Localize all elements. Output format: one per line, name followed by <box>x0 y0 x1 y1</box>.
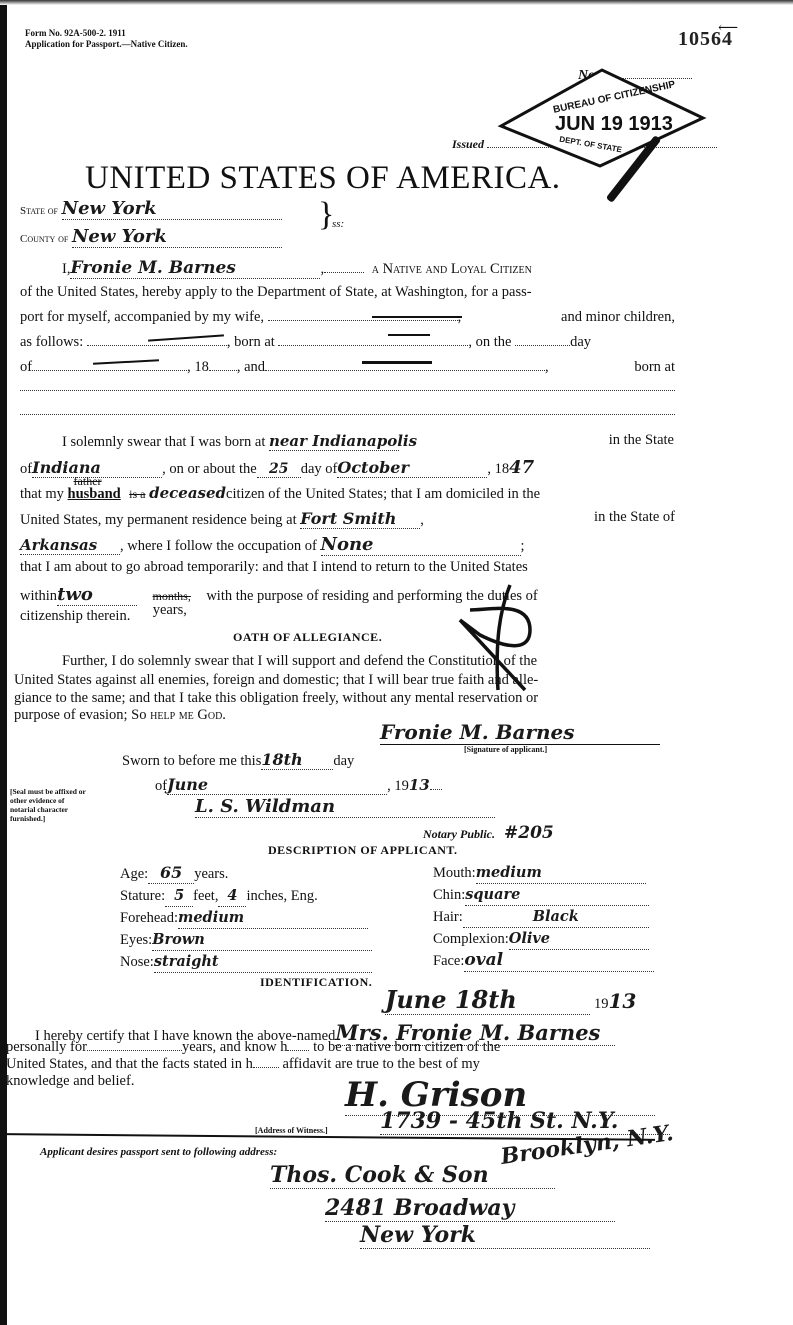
face-value: oval <box>464 950 654 972</box>
applicant-name: Fronie M. Barnes <box>70 258 320 279</box>
identification-heading: IDENTIFICATION. <box>260 975 372 990</box>
line3-text: port for myself, accompanied by my wife, <box>20 309 264 325</box>
signature-label: [Signature of applicant.] <box>464 745 547 754</box>
allegiance-line4: purpose of evasion; So help me God. <box>14 707 226 724</box>
hair-row: Hair:Black <box>433 906 654 928</box>
residence-state-value: Arkansas <box>20 536 120 555</box>
state-of-value: New York <box>62 198 282 220</box>
eyes-label: Eyes: <box>120 932 152 948</box>
notary-signature: L. S. Wildman <box>195 796 495 818</box>
witness-address-label: [Address of Witness.] <box>255 1126 328 1135</box>
mouth-row: Mouth:medium <box>433 862 654 884</box>
county-of-label: County of <box>20 233 68 245</box>
birth-line2: ofIndiana, on or about the25day ofOctobe… <box>20 457 675 478</box>
state-of-field: State of New York <box>20 198 282 220</box>
blank-line-1 <box>20 378 675 391</box>
application-line2: of the United States, hereby apply to th… <box>20 284 532 301</box>
of-label: of <box>20 359 32 375</box>
year-prefix: 18 <box>495 461 510 477</box>
county-of-field: County of New York <box>20 226 282 248</box>
birth-line7: withintwo months, years, with the purpos… <box>20 584 675 606</box>
applicant-signature: Fronie M. Barnes <box>380 720 660 745</box>
identification-date-value: June 18th <box>385 985 590 1015</box>
occupation-value: None <box>321 534 521 556</box>
birth-month-value: October <box>337 458 487 478</box>
age-value: 65 <box>148 862 194 884</box>
scan-top-edge <box>0 0 793 5</box>
stamp-date: JUN 19 1913 <box>555 113 673 136</box>
application-line4: as follows: , born at , on the day <box>20 334 675 351</box>
state-of-label: State of <box>20 205 58 217</box>
birth-line3: that my father husband is a deceasedciti… <box>20 484 675 503</box>
within-text: within <box>20 588 57 604</box>
chin-value: square <box>465 884 649 906</box>
application-line3: port for myself, accompanied by my wife,… <box>20 309 675 326</box>
seal-note: [Seal must be affixed or other evidence … <box>10 787 90 823</box>
nose-row: Nose:straight <box>120 951 372 973</box>
birth-year-value: 47 <box>509 457 534 478</box>
eyes-value: Brown <box>152 929 372 951</box>
birthplace-value: near Indianapolis <box>269 432 399 451</box>
identification-line2: personally foryears, and know h to be a … <box>6 1039 500 1056</box>
feet-label: feet, <box>193 888 218 904</box>
complexion-row: Complexion:Olive <box>433 928 654 950</box>
stature-label: Stature: <box>120 888 165 904</box>
wife-field <box>268 320 458 321</box>
months-struck: months, <box>153 589 191 603</box>
years-known-field <box>87 1050 182 1051</box>
forehead-row: Forehead:medium <box>120 907 372 929</box>
nose-label: Nose: <box>120 954 154 970</box>
residence-value: Fort Smith <box>300 509 420 529</box>
notary-number: #205 <box>504 823 554 843</box>
is-a-struck: is a <box>129 487 145 501</box>
native-born-text: to be a native born citizen of the <box>313 1039 500 1055</box>
citizenship-text: citizenship therein. <box>20 608 130 625</box>
day-of-text: day of <box>301 461 338 477</box>
face-label: Face: <box>433 953 464 969</box>
blank <box>324 272 364 273</box>
mouth-label: Mouth: <box>433 865 476 881</box>
hair-value: Black <box>463 906 649 928</box>
occupation-text: where I follow the occupation of <box>127 538 317 554</box>
arrow-mark-icon: ⟵ <box>718 20 738 37</box>
day-label: day <box>333 753 354 769</box>
age-suffix: years. <box>194 866 228 882</box>
inches-label: inches, Eng. <box>246 888 317 904</box>
form-number-text: Form No. 92A-500-2. 1911 <box>25 28 188 39</box>
applicant-line: I,Fronie M. Barnes, a Native and Loyal C… <box>62 258 532 279</box>
complexion-value: Olive <box>509 928 649 950</box>
birth-line4: United States, my permanent residence be… <box>20 509 675 529</box>
abroad-text: that I am about to go abroad temporarily… <box>20 559 528 576</box>
unit-field: months, years, <box>141 588 203 605</box>
description-right-column: Mouth:medium Chin:square Hair:Black Comp… <box>433 862 654 972</box>
born-at-label: born at <box>234 334 275 350</box>
child-day-field <box>515 345 570 346</box>
identification-date: June 18th 1913 <box>385 985 636 1015</box>
year-prefix: 19 <box>594 996 609 1012</box>
complexion-label: Complexion: <box>433 931 509 947</box>
chin-row: Chin:square <box>433 884 654 906</box>
description-heading: DESCRIPTION OF APPLICANT. <box>268 843 458 858</box>
age-label: Age: <box>120 866 148 882</box>
know-text: years, and know h <box>182 1039 288 1055</box>
stature-feet-value: 5 <box>165 885 193 907</box>
page-title: UNITED STATES OF AMERICA. <box>85 160 561 197</box>
born-at-label-2: born at <box>634 359 675 376</box>
age-row: Age:65years. <box>120 862 372 885</box>
as-follows-label: as follows: <box>20 334 83 350</box>
mailing-address-label: Applicant desires passport sent to follo… <box>40 1146 277 1158</box>
birth-day-value: 25 <box>257 461 301 478</box>
description-left-column: Age:65years. Stature:5feet,4inches, Eng.… <box>120 862 372 973</box>
year-prefix: 19 <box>394 778 409 794</box>
mouth-value: medium <box>476 862 646 884</box>
identification-year-value: 13 <box>609 989 637 1013</box>
deceased-inserted: deceased <box>149 484 226 502</box>
identification-line3: United States, and that the facts stated… <box>6 1056 480 1073</box>
of-label: of <box>20 461 32 477</box>
allegiance-line3: giance to the same; and that I take this… <box>14 690 538 707</box>
of-label: of <box>155 778 167 794</box>
so-text: purpose of evasion; So <box>14 707 147 723</box>
stature-inches-value: 4 <box>218 885 246 907</box>
forehead-label: Forehead: <box>120 910 178 926</box>
notary-public-line: Notary Public. #205 <box>423 823 554 843</box>
notary-public-label: Notary Public. <box>423 827 495 841</box>
eyes-row: Eyes:Brown <box>120 929 372 951</box>
face-row: Face:oval <box>433 950 654 972</box>
child-birthplace-field <box>278 345 468 346</box>
hair-label: Hair: <box>433 909 463 925</box>
allegiance-line2: United States against all enemies, forei… <box>14 672 538 689</box>
mailing-address-line3: New York <box>360 1222 650 1249</box>
sworn-month-value: June <box>167 775 387 795</box>
bureau-stamp: BUREAU OF CITIZENSHIP JUN 19 1913 DEPT. … <box>497 66 707 170</box>
line3-end: and minor children, <box>561 309 675 326</box>
day-label: day <box>570 334 591 350</box>
identification-line4: knowledge and belief. <box>6 1073 134 1090</box>
strike-mark <box>388 334 430 336</box>
birth-line5: Arkansas, where I follow the occupation … <box>20 534 675 556</box>
strike-mark <box>362 361 432 364</box>
and-label: and <box>244 359 265 375</box>
form-number: Form No. 92A-500-2. 1911 Application for… <box>25 28 188 50</box>
chin-label: Chin: <box>433 887 465 903</box>
sworn-text: Sworn to before me this <box>122 753 261 769</box>
birth-line1: I solemnly swear that I was born at near… <box>62 432 674 451</box>
child-name-field <box>87 345 227 346</box>
sworn-day-value: 18th <box>261 750 333 770</box>
allegiance-heading: OATH OF ALLEGIANCE. <box>233 630 382 645</box>
allegiance-line1: Further, I do solemnly swear that I will… <box>62 653 537 670</box>
help-me-god-text: help me God. <box>150 707 226 723</box>
born-at-text: I solemnly swear that I was born at <box>62 434 265 450</box>
child-month-field <box>32 370 187 371</box>
personally-for-text: personally for <box>6 1039 87 1055</box>
blank <box>430 789 442 790</box>
stature-row: Stature:5feet,4inches, Eng. <box>120 885 372 907</box>
form-title-text: Application for Passport.—Native Citizen… <box>25 39 188 50</box>
years-inserted: years, <box>153 602 187 619</box>
residence-text: United States, my permanent residence be… <box>20 512 297 528</box>
in-state-of-text: in the State of <box>594 509 675 526</box>
issued-label-text: Issued <box>452 137 484 151</box>
sworn-year-value: 13 <box>409 776 430 794</box>
parent-field: father husband <box>68 486 126 503</box>
pronoun-field-2 <box>253 1067 279 1068</box>
mailing-address-line1: Thos. Cook & Son <box>270 1162 555 1189</box>
ss-label: ss: <box>332 218 344 230</box>
strike-mark <box>372 316 462 318</box>
pronoun-field <box>287 1050 309 1051</box>
child2-field <box>265 370 545 371</box>
scan-edge <box>0 0 7 1325</box>
duration-value: two <box>57 584 137 606</box>
blank-line-2 <box>20 402 675 415</box>
county-of-value: New York <box>72 226 282 248</box>
child-year-field <box>209 370 237 371</box>
year-prefix: 18 <box>194 359 209 375</box>
father-struck: father <box>74 474 102 489</box>
affidavit-text: affidavit are true to the best of my <box>282 1056 479 1072</box>
on-the-label: on the <box>476 334 512 350</box>
citizen-text: citizen of the United States; that I am … <box>226 486 540 502</box>
facts-text: United States, and that the facts stated… <box>6 1056 253 1072</box>
that-my-text: that my <box>20 486 64 502</box>
sworn-line: Sworn to before me this18thday <box>122 750 354 770</box>
mailing-address-line2: 2481 Broadway <box>325 1195 615 1222</box>
forehead-value: medium <box>178 907 368 929</box>
nose-value: straight <box>154 951 372 973</box>
in-the-state-text: in the State <box>609 432 674 449</box>
native-citizen-text: a Native and Loyal Citizen <box>372 261 532 277</box>
on-or-about-text: on or about the <box>169 461 256 477</box>
sworn-month-line: ofJune, 1913 <box>155 775 442 795</box>
